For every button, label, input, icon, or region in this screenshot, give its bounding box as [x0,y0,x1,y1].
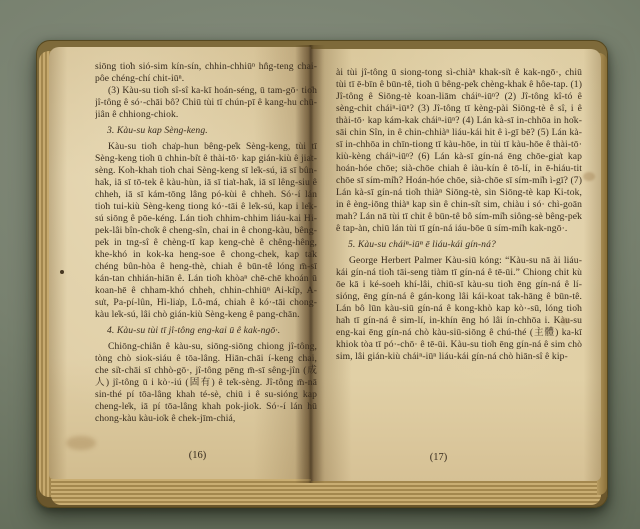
section-heading-4: 4. Kàu-su tùi tī jî-tông eng-kai ū ê kak… [95,325,317,337]
paragraph-section-3: Kàu-su tio̍h cha̍p-hun bêng-pe̍k Sèng-ke… [95,141,317,321]
paragraph-continuation: siōng tio̍h sió-sim kín-sín, chhin-chhiū… [95,61,317,85]
right-page-number: (17) [336,452,541,463]
left-page-text: siōng tio̍h sió-sim kín-sín, chhin-chhiū… [95,61,317,453]
right-page-text: ài tùi jî-tông ū siong-tong sì-chiàⁿ kha… [336,67,582,471]
section-heading-3: 3. Kàu-su kap Sèng-keng. [95,125,317,137]
paragraph-section-4: Chiōng-chiân ê kàu-su, siōng-siōng chion… [95,341,317,425]
paragraph-continuation: ài tùi jî-tông ū siong-tong sì-chiàⁿ kha… [336,67,582,235]
paragraph-section-5: George Herbert Palmer Kàu-siū kóng: “Kàu… [336,255,582,363]
paragraph-item-3: (3) Kàu-su tio̍h sî-sî ka-kī hoán-séng, … [95,85,317,121]
photo-background: siōng tio̍h sió-sim kín-sín, chhin-chhiū… [0,0,640,529]
left-page-number: (16) [95,450,300,461]
section-heading-5: 5. Kàu-su cháiⁿ-iūⁿ ē liáu-kái gín-ná? [336,239,582,251]
